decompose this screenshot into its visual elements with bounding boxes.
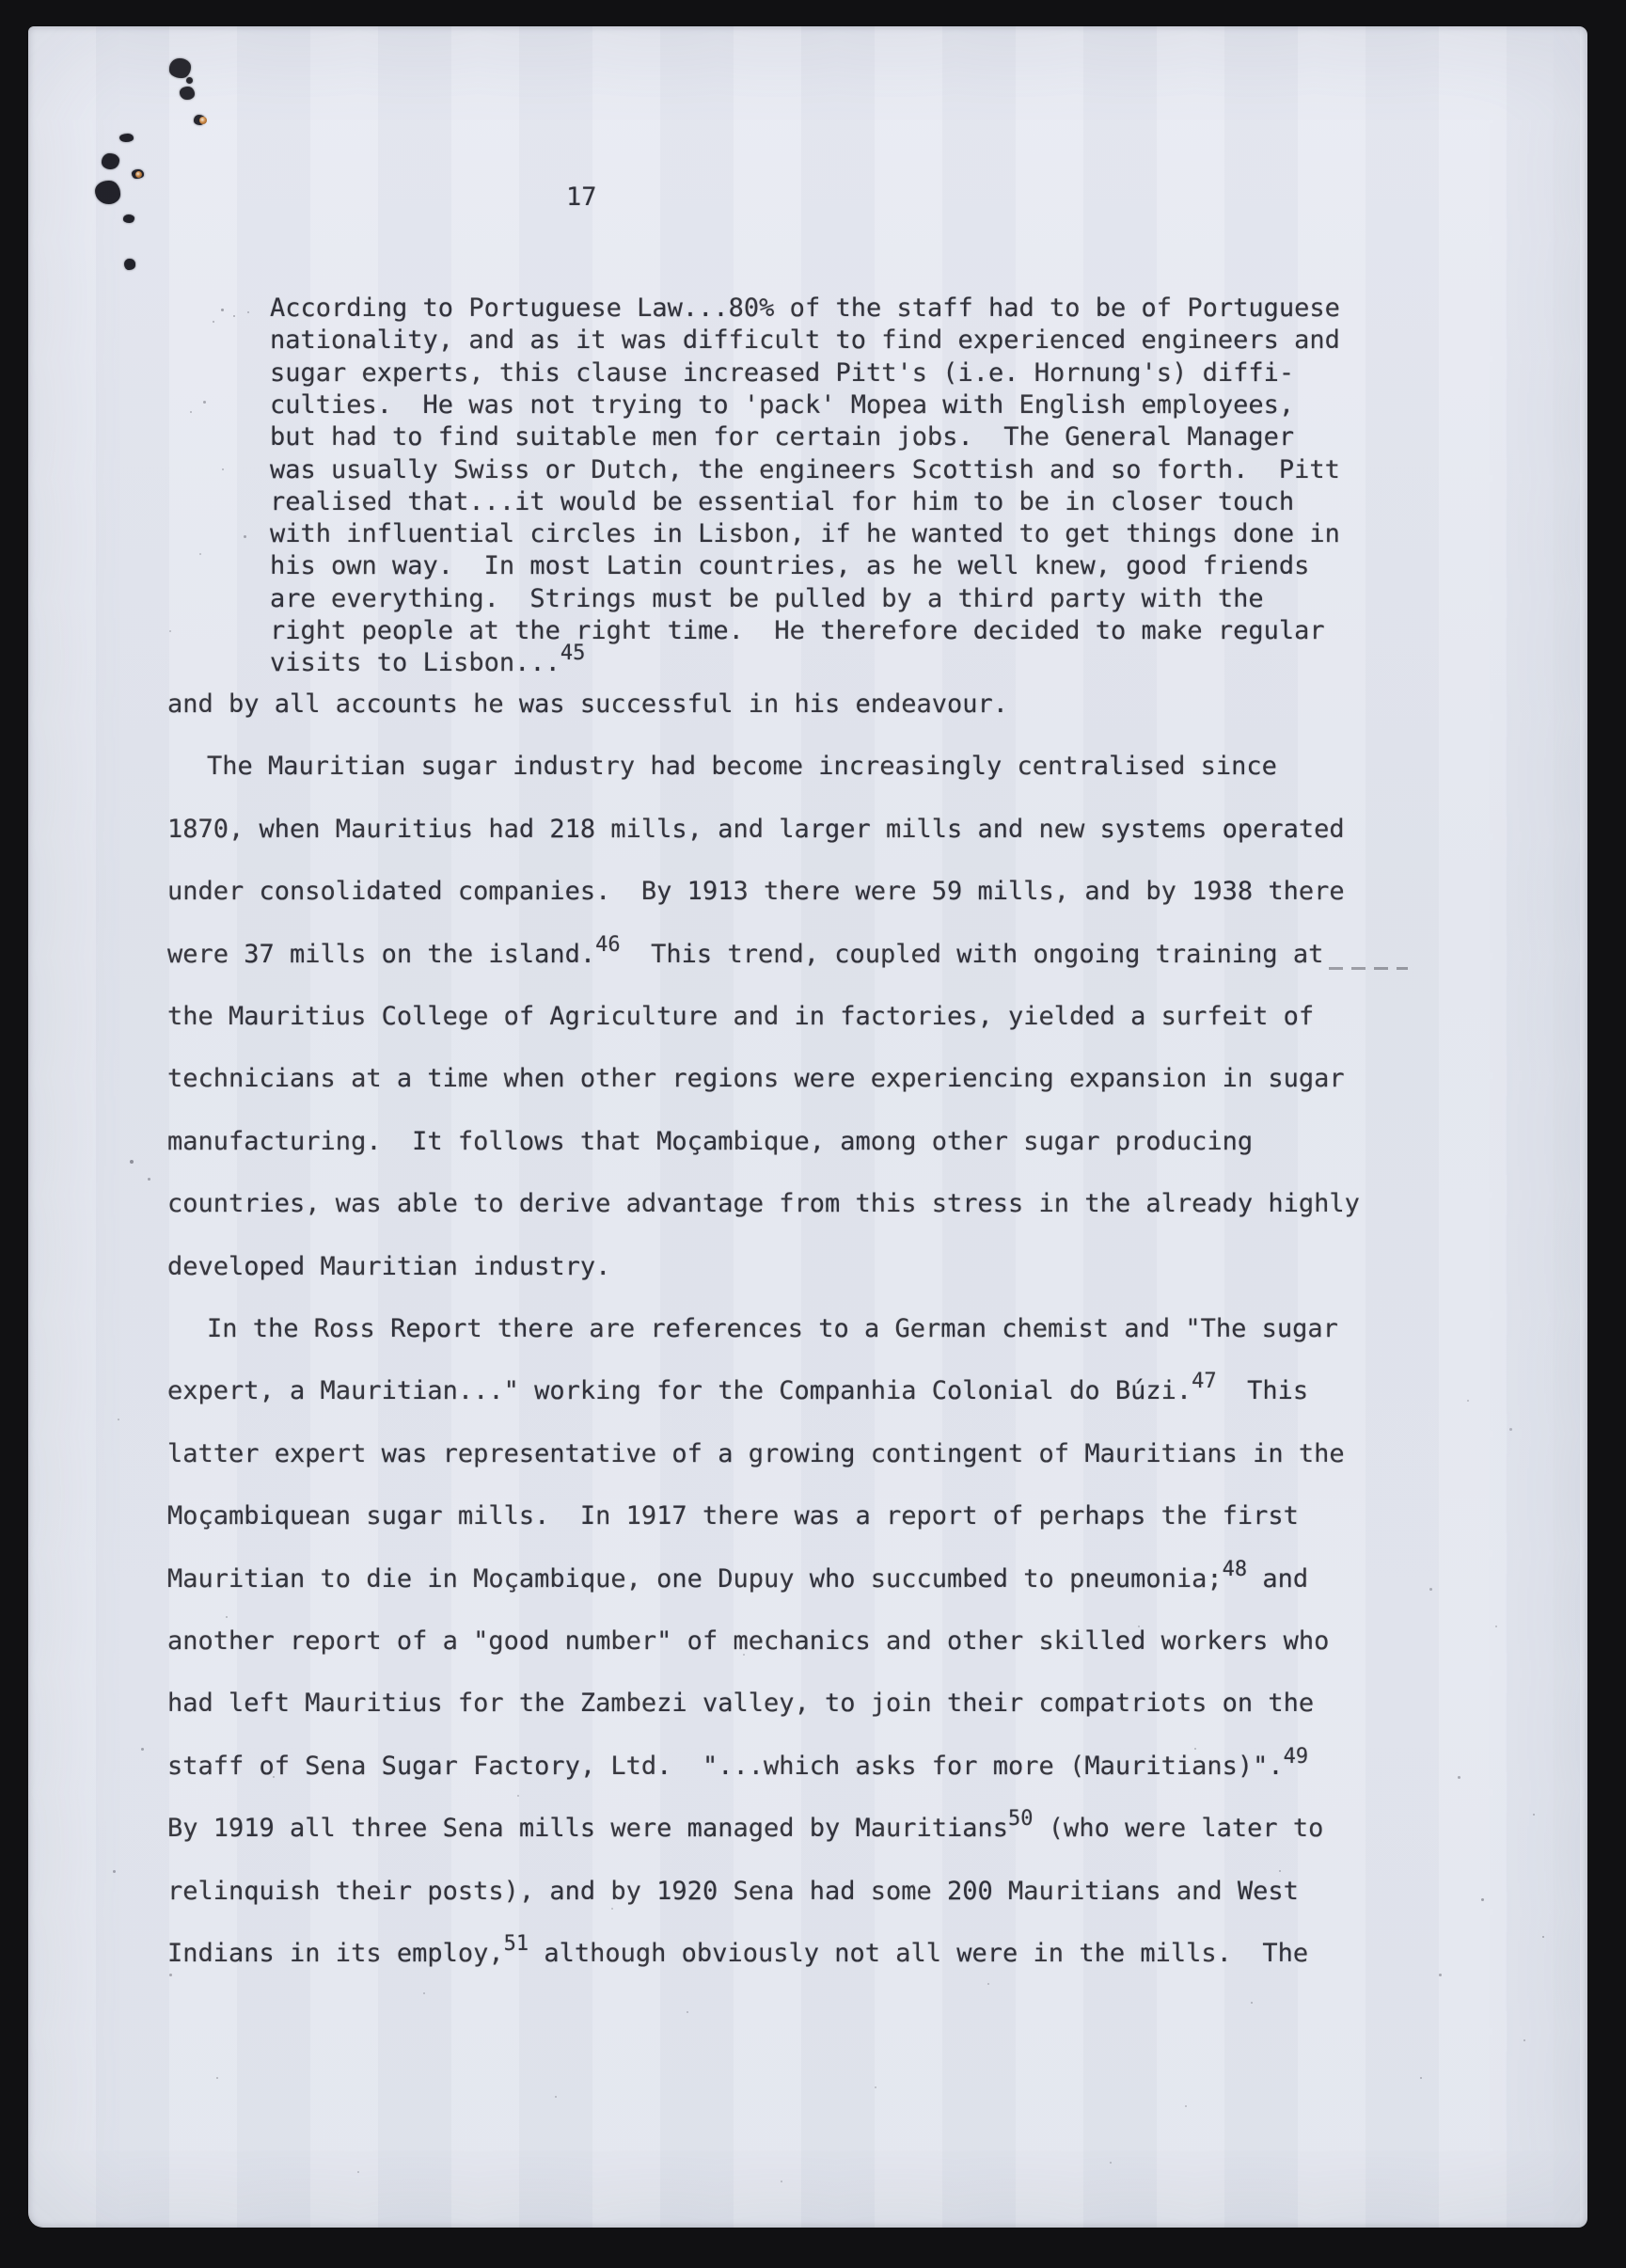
scan-speck <box>987 1983 989 1985</box>
text-line: were 37 mills on the island.46 This tren… <box>167 940 1323 969</box>
scan-speck <box>233 315 235 317</box>
text-line: developed Mauritian industry. <box>167 1252 610 1281</box>
text-line: staff of Sena Sugar Factory, Ltd. "...wh… <box>167 1752 1308 1781</box>
scan-speck <box>1110 2162 1112 2164</box>
scan-speck <box>555 2096 557 2098</box>
scan-speck <box>130 1160 134 1164</box>
footnote-ref: 46 <box>595 933 621 957</box>
ink-blot <box>102 153 119 169</box>
scan-speck <box>1495 1626 1497 1627</box>
text-line: Moçambiquean sugar mills. In 1917 there … <box>167 1501 1299 1531</box>
text-line: another report of a "good number" of mec… <box>167 1626 1329 1656</box>
scan-speck <box>1542 1936 1544 1938</box>
scan-speck <box>517 1795 519 1797</box>
text-line: the Mauritius College of Agriculture and… <box>167 1002 1314 1031</box>
scan-speck <box>912 1884 914 1886</box>
body-text: and by all accounts he was successful in… <box>167 26 1503 2228</box>
scan-speck <box>743 1654 745 1656</box>
scan-speck <box>113 1870 116 1873</box>
scan-speck <box>1467 1400 1469 1402</box>
scan-speck <box>1194 1748 1196 1750</box>
text-line: under consolidated companies. By 1913 th… <box>167 877 1345 906</box>
scan-speck <box>687 2011 688 2013</box>
scan-speck <box>1533 1814 1535 1816</box>
footnote-ref: 51 <box>504 1932 529 1956</box>
scan-speck <box>781 2181 782 2182</box>
text-line: latter expert was representative of a gr… <box>167 1439 1345 1468</box>
scan-speck <box>273 1776 275 1778</box>
scan-speck <box>856 1767 858 1768</box>
text-line: expert, a Mauritian..." working for the … <box>167 1376 1308 1405</box>
text-line: countries, was able to derive advantage … <box>167 1189 1360 1218</box>
ink-blot <box>124 259 135 270</box>
scan-speck <box>1138 1626 1140 1627</box>
text-line: By 1919 all three Sena mills were manage… <box>167 1814 1323 1843</box>
ink-blot <box>180 87 195 100</box>
scan-speck <box>1429 1588 1432 1591</box>
ink-blot <box>169 58 191 78</box>
scan-speck <box>875 2086 876 2088</box>
scan-speck <box>357 2171 359 2173</box>
text-line: Mauritian to die in Moçambique, one Dupu… <box>167 1564 1308 1594</box>
scan-speck <box>203 401 206 404</box>
scan-speck <box>1509 1428 1512 1431</box>
scan-speck <box>1458 1776 1460 1779</box>
text-line: 1870, when Mauritius had 218 mills, and … <box>167 815 1345 844</box>
scan-speck <box>222 468 224 470</box>
scan-speck <box>221 309 224 311</box>
text-line: relinquish their posts), and by 1920 Sen… <box>167 1877 1299 1906</box>
text-line: In the Ross Report there are references … <box>167 1314 1338 1343</box>
ink-blot <box>119 134 134 142</box>
scan-speck <box>226 1616 228 1618</box>
scan-speck <box>244 535 246 538</box>
scan-speck <box>199 553 201 555</box>
scan-speck <box>216 2077 218 2079</box>
footnote-ref: 50 <box>1008 1807 1034 1831</box>
text-line: and by all accounts he was successful in… <box>167 690 1008 719</box>
scan-speck <box>1420 2077 1422 2079</box>
ink-fleck <box>135 171 142 178</box>
ink-blot <box>123 214 134 223</box>
scan-speck <box>118 1419 119 1420</box>
ink-blot <box>186 77 193 84</box>
scan-speck <box>190 411 192 413</box>
text-line: manufacturing. It follows that Moçambiqu… <box>167 1127 1253 1156</box>
text-line: The Mauritian sugar industry had become … <box>167 752 1277 781</box>
scan-speck <box>169 630 171 632</box>
scanned-document: { "document": { "page_number": "17", "qu… <box>0 0 1626 2268</box>
footnote-ref: 47 <box>1192 1370 1217 1393</box>
paper-page: 17 According to Portuguese Law...80% of … <box>28 26 1587 2228</box>
scan-speck <box>247 311 249 313</box>
ink-fleck <box>199 117 207 124</box>
scan-speck <box>1481 1898 1484 1901</box>
margin-dash-mark <box>1329 967 1408 970</box>
scan-speck <box>423 1992 425 1994</box>
text-line: had left Mauritius for the Zambezi valle… <box>167 1689 1314 1718</box>
text-line: Indians in its employ,51 although obviou… <box>167 1939 1308 1968</box>
scan-speck <box>611 1908 613 1910</box>
scan-speck <box>1523 2039 1525 2041</box>
scan-speck <box>169 1974 172 1976</box>
ink-blot <box>95 181 120 204</box>
scan-speck <box>148 1178 150 1181</box>
scan-speck <box>213 321 214 323</box>
scan-speck <box>310 1898 312 1900</box>
footnote-ref: 48 <box>1223 1558 1248 1581</box>
footnote-ref: 49 <box>1284 1745 1309 1768</box>
scan-speck <box>1185 2105 1187 2107</box>
text-line: technicians at a time when other regions… <box>167 1064 1345 1093</box>
scan-speck <box>1251 2002 1253 2004</box>
scan-speck <box>1279 1870 1281 1872</box>
scan-speck <box>1439 1974 1442 1976</box>
scan-speck <box>141 1748 144 1751</box>
scan-speck <box>348 1644 350 1646</box>
